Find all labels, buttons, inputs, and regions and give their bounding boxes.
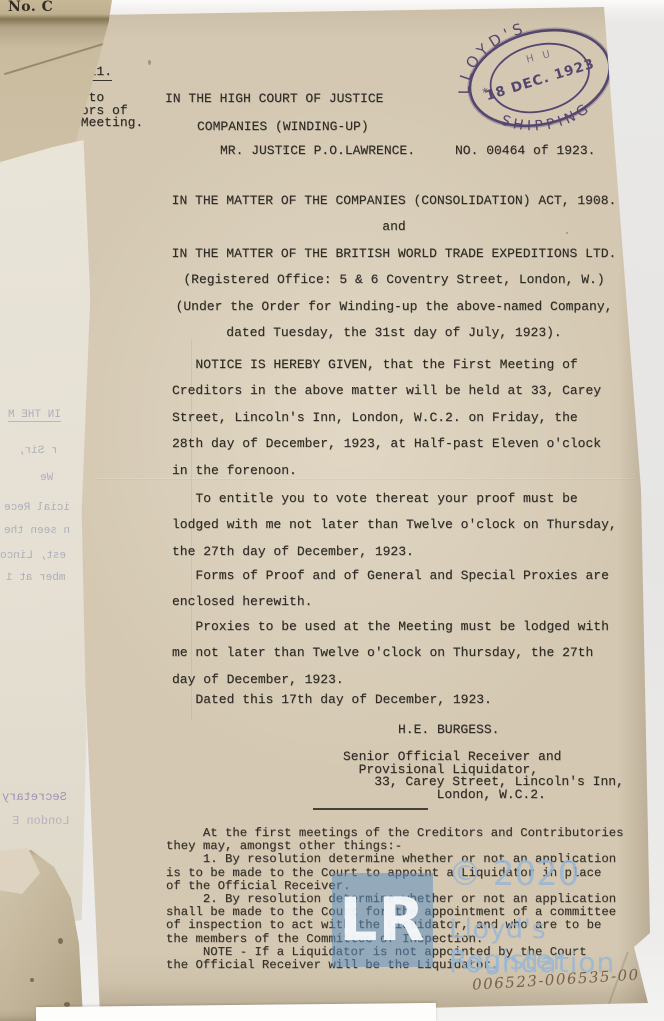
matter-heading: IN THE MATTER OF THE COMPANIES (CONSOLID… [170,188,618,346]
lloyds-shipping-stamp: LLOYD'S SHIPPING H U 18 DEC. 1923 * [437,0,643,164]
paper-speck [58,938,63,944]
ghost-text: mber at 1 [6,572,65,584]
notice-paragraph: NOTICE IS HEREBY GIVEN, that the First M… [172,352,601,484]
ghost-text: We [40,472,53,484]
signatory-title-block: Senior Official Receiver and Provisional… [343,751,624,802]
signatory-name: H.E. BURGESS. [398,722,499,737]
stamp-dept-text: H U [525,48,554,65]
paper-speck [30,978,34,982]
lloyds-register-logo-letters: LR [339,885,425,955]
ghost-text: London E [12,814,70,828]
court-name: IN THE HIGH COURT OF JUSTICE [165,91,383,106]
scanned-document-photo: NO. C. 21. Notice to Creditors of First … [0,0,664,1021]
ghost-text: IN THE M [8,409,61,422]
proof-paragraph: To entitle you to vote thereat your proo… [172,486,617,565]
paper-speck [148,60,151,65]
lloyds-register-logo: LR [332,873,433,967]
court-division: COMPANIES (WINDING-UP) [197,119,369,134]
judge-name: MR. JUSTICE P.O.LAWRENCE. [220,143,415,158]
typed-separator-line [313,808,428,810]
scrap-corner-label: No. C [8,0,53,15]
dated-line: Dated this 17th day of December, 1923. [172,692,492,707]
bottom-white-paper [36,1003,436,1021]
forms-paragraph: Forms of Proof and of General and Specia… [172,563,609,616]
overlapping-white-paper: IN THE M r Sir, We icial Rece n seen the… [0,140,95,932]
proxies-paragraph: Proxies to be used at the Meeting must b… [172,614,609,693]
ghost-text: n seen the [4,525,70,537]
ghost-text: est, Linco [0,550,66,562]
ghost-text: icial Rece [4,502,70,514]
stamp-type-text: SHIPPING [496,91,597,145]
ghost-text: r Sir, [18,445,58,457]
scrap-fold-crease [4,43,104,75]
ghost-text: Secretary [2,790,67,804]
court-notice-page: NO. C. 21. Notice to Creditors of First … [0,0,664,1021]
